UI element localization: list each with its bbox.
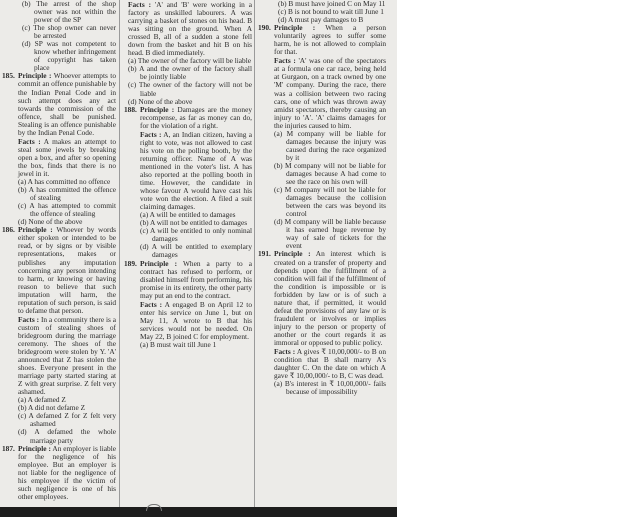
facts-text: 'A' was one of the spectators at a formu… [274,56,386,129]
option: (b) The arrest of the shop owner was not… [22,0,116,24]
question-number: 190. [258,24,271,32]
option-c: (c) M company will not be liable for dam… [274,186,386,218]
question-number: 186. [2,226,15,234]
principle: Principle : An employer is liable for th… [18,445,116,501]
column-separator [254,0,255,507]
facts-text: In a community there is a custom of stea… [18,315,116,396]
scroll-handle[interactable] [146,504,162,511]
scanned-page: (b) The arrest of the shop owner was not… [0,0,397,507]
option-c: (c) A defamed Z for Z felt very ashamed [18,412,116,428]
option-d: (d) A defamed the whole marriage party [18,428,116,444]
principle-text: An employer is liable for the negligence… [18,444,116,501]
option-b: (b) A has committed the offence of steal… [18,186,116,202]
facts: Facts : A, an Indian citizen, having a r… [140,131,252,211]
option: (c) The shop owner can never be arrested [22,24,116,40]
principle: Principle : An interest which is created… [274,250,386,347]
question-188: 188. Principle : Damages are the money r… [124,106,252,260]
facts: Facts : A gives ₹ 10,00,000/- to B on co… [274,348,386,380]
column-2: Facts : 'A' and 'B' were working in a fa… [124,0,252,507]
principle: Principle : Whoever by words either spok… [18,226,116,315]
principle-text: An interest which is created on a transf… [274,249,386,347]
question-189-options-continued: (b) B must have joined C on May 11 (c) B… [258,0,386,24]
option-c: (c) A will be entitled to only nominal d… [140,227,252,243]
principle: Principle : Whoever attempts to commit a… [18,72,116,136]
principle: Principle : Damages are the money recomp… [140,106,252,130]
principle-text: Whoever by words either spoken or intend… [18,225,116,314]
facts: Facts : A engaged B on April 12 to enter… [140,301,252,341]
option: (d) SP was not competent to know whether… [22,40,116,72]
principle-text: Whoever attempts to commit an offence pu… [18,71,116,136]
question-number: 188. [124,106,137,114]
facts: Facts : 'A' and 'B' were working in a fa… [128,1,252,57]
option-a: (a) M company will be liable for damages… [274,130,386,162]
question-number: 185. [2,72,15,80]
question-187: 187. Principle : An employer is liable f… [2,445,116,501]
question-186: 186. Principle : Whoever by words either… [2,226,116,444]
option-d: (d) M company will be liable because it … [274,218,386,250]
question-185: 185. Principle : Whoever attempts to com… [2,72,116,226]
principle: Principle : When a person voluntarily ag… [274,24,386,56]
question-191: 191. Principle : An interest which is cr… [258,250,386,396]
facts: Facts : A makes an attempt to steal some… [18,138,116,178]
column-3: (b) B must have joined C on May 11 (c) B… [258,0,386,507]
option-a: (a) B must wait till June 1 [140,341,252,349]
continued-options: (b) The arrest of the shop owner was not… [2,0,116,72]
column-1: (b) The arrest of the shop owner was not… [2,0,116,507]
column-separator [119,0,120,507]
facts-text: A, an Indian citizen, having a right to … [140,130,252,211]
question-number: 189. [124,260,137,268]
question-189: 189. Principle : When a party to a contr… [124,260,252,350]
facts-text: 'A' and 'B' were working in a factory as… [128,0,252,57]
facts: Facts : In a community there is a custom… [18,316,116,396]
question-190: 190. Principle : When a person voluntari… [258,24,386,250]
viewer-bottom-bar [0,507,397,517]
option-d: (d) A will be entitled to exemplary dama… [140,243,252,259]
option-b: (b) A and the owner of the factory shall… [128,65,252,81]
principle: Principle : When a party to a contract h… [140,260,252,300]
option-a: (a) B's interest in ₹ 10,00,000/- fails … [274,380,386,396]
option-c: (c) A has attempted to commit the offenc… [18,202,116,218]
question-187-continued: Facts : 'A' and 'B' were working in a fa… [124,1,252,106]
facts: Facts : 'A' was one of the spectators at… [274,57,386,129]
question-number: 187. [2,445,15,453]
question-number: 191. [258,250,271,258]
option-b: (b) M company will not be liable for dam… [274,162,386,186]
option-c: (c) The owner of the factory will not be… [128,81,252,97]
